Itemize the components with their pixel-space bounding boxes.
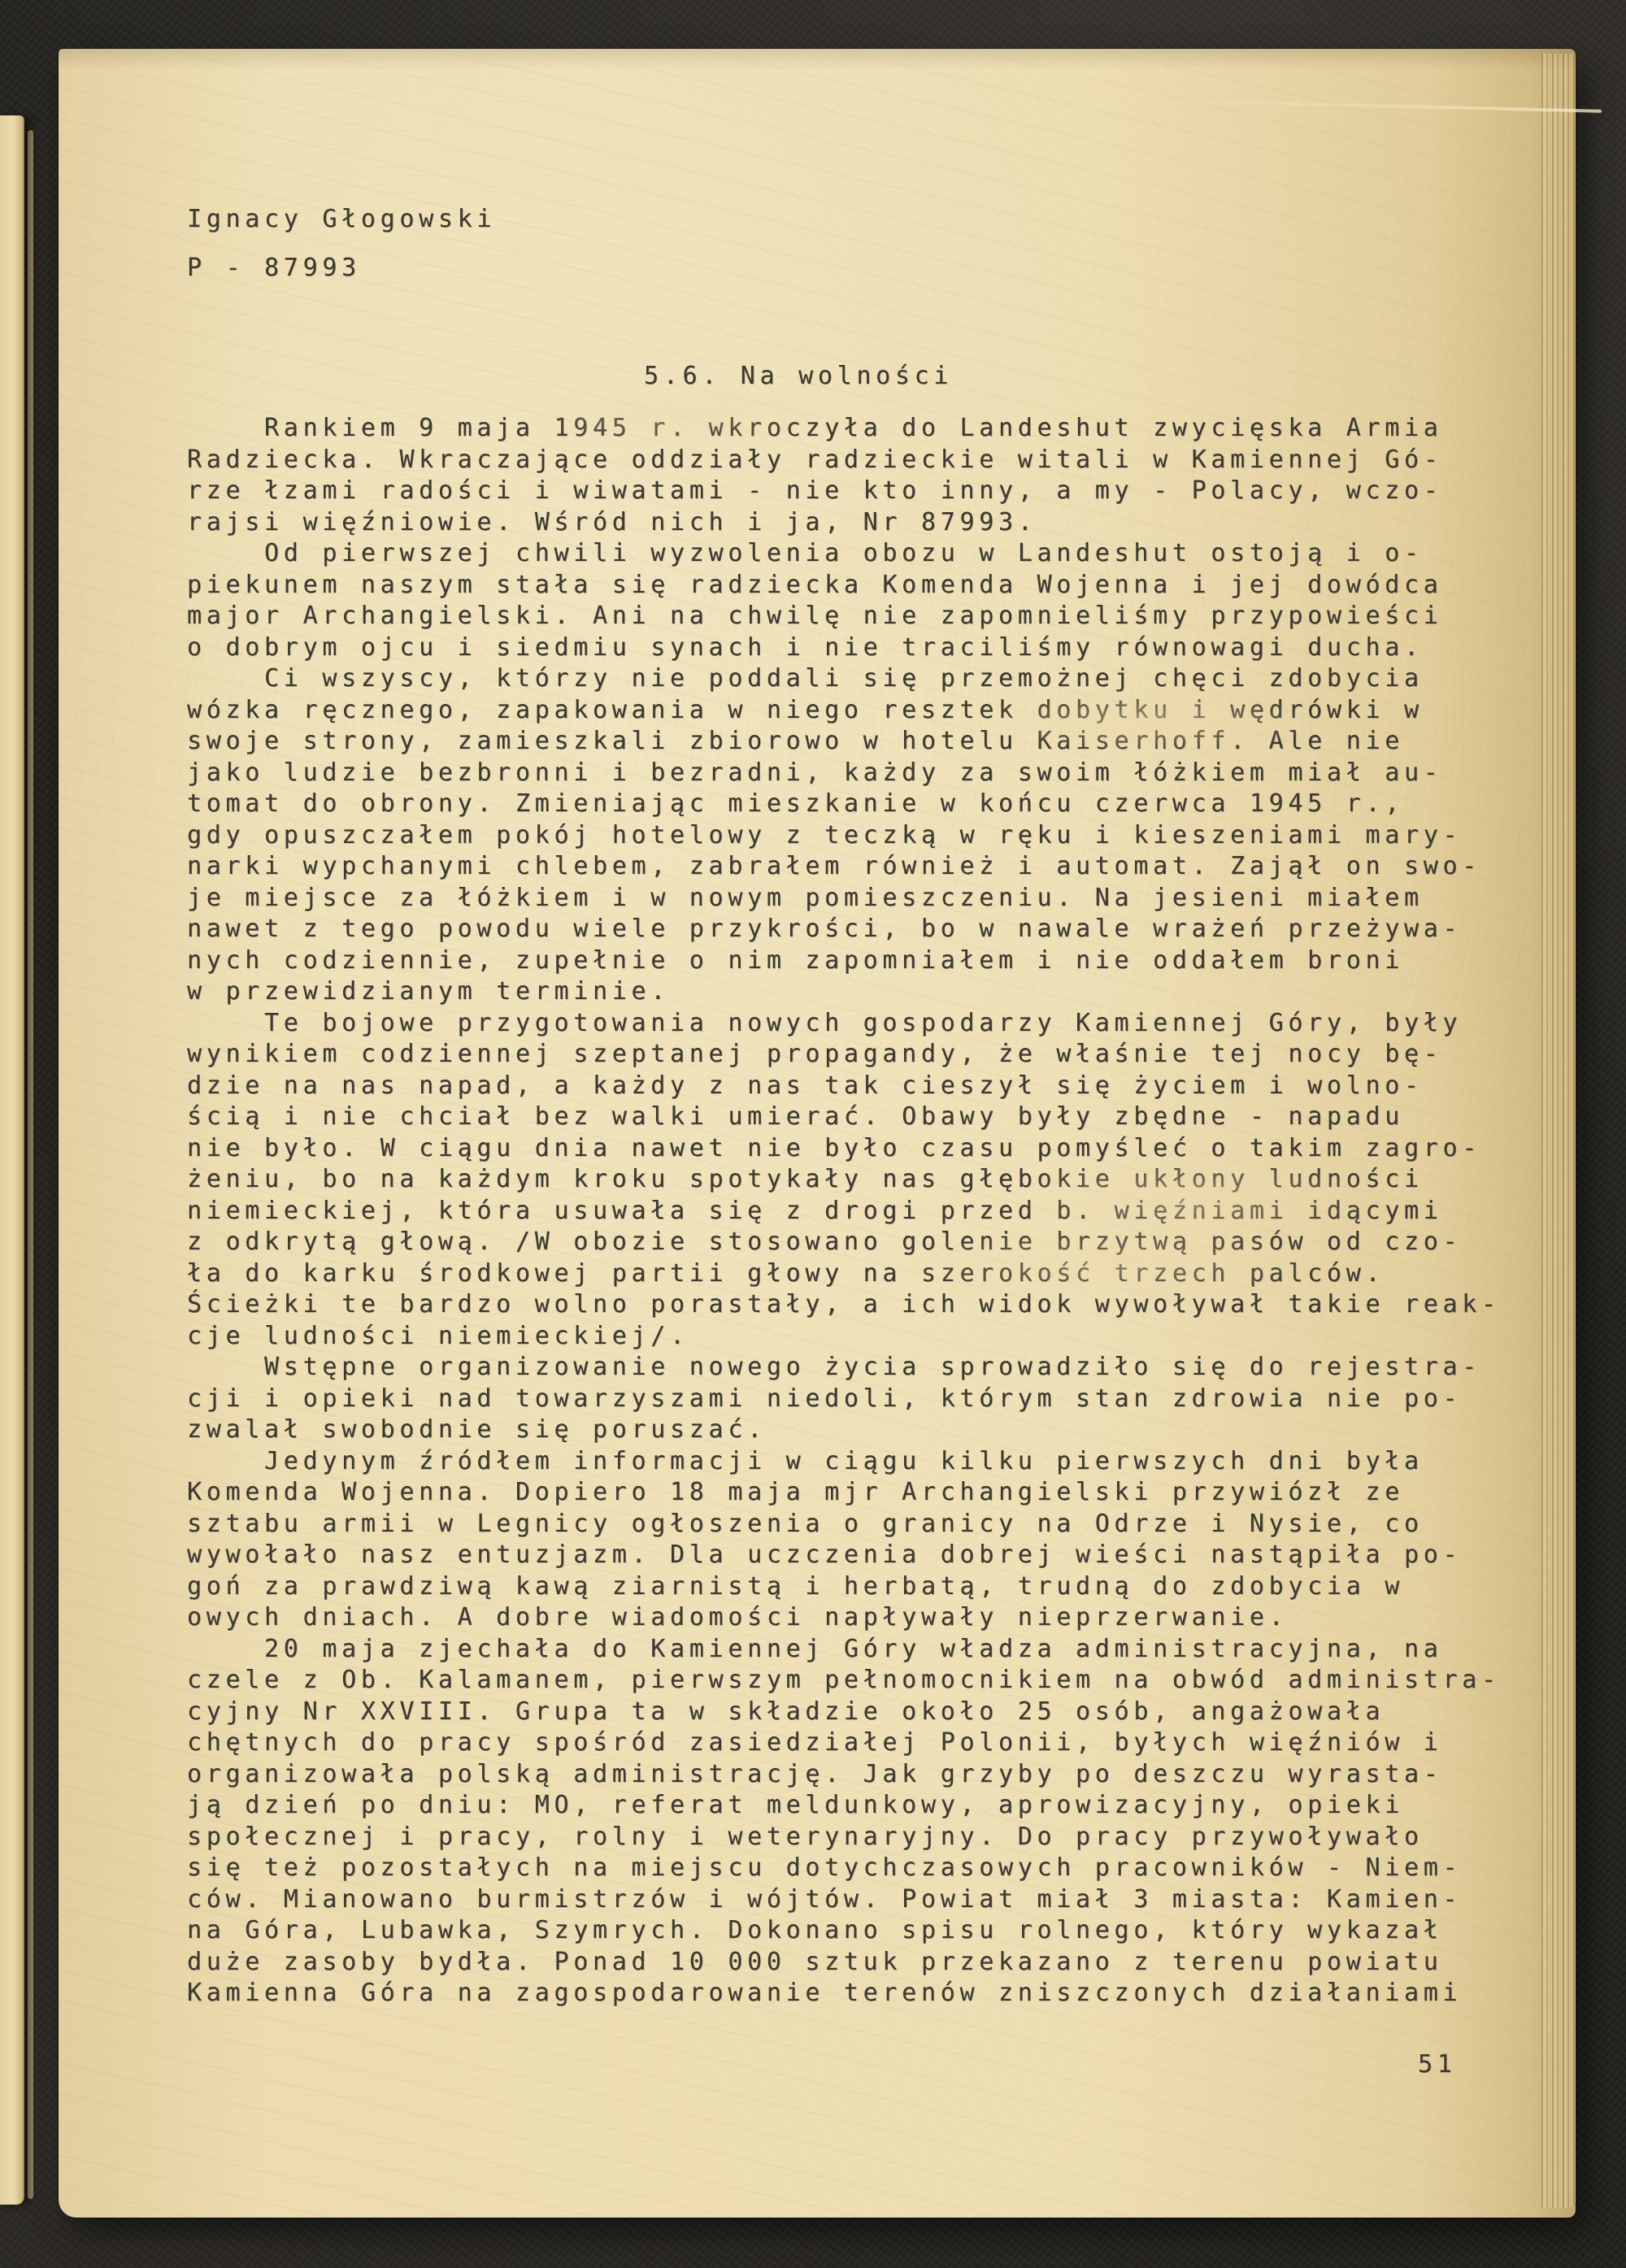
facing-page-edge: [0, 115, 24, 2205]
paragraph: Ci wszyscy, którzy nie poddali się przem…: [187, 663, 1537, 1008]
scanned-book-photo: Ignacy Głogowski P - 87993 5.6. Na wolno…: [0, 0, 1626, 2268]
page-number: 51: [1418, 2050, 1457, 2079]
paragraph: Rankiem 9 maja 1945 r. wkroczyła do Land…: [187, 413, 1537, 538]
paragraph: Jedynym źródłem informacji w ciągu kilku…: [187, 1446, 1537, 1634]
paragraph: 20 maja zjechała do Kamiennej Góry władz…: [187, 1634, 1537, 2009]
document-page: Ignacy Głogowski P - 87993 5.6. Na wolno…: [59, 49, 1576, 2218]
fore-edge-page-stack: [1541, 54, 1576, 2208]
facing-page-edge-line: [28, 130, 33, 2199]
paragraph: Od pierwszej chwili wyzwolenia obozu w L…: [187, 538, 1537, 663]
prisoner-number: P - 87993: [187, 254, 361, 282]
author-name: Ignacy Głogowski: [187, 205, 496, 233]
body-text: Rankiem 9 maja 1945 r. wkroczyła do Land…: [187, 413, 1537, 2009]
paragraph: Wstępne organizowanie nowego życia sprow…: [187, 1352, 1537, 1446]
section-title: 5.6. Na wolności: [644, 362, 953, 390]
paragraph: Te bojowe przygotowania nowych gospodarz…: [187, 1008, 1537, 1353]
